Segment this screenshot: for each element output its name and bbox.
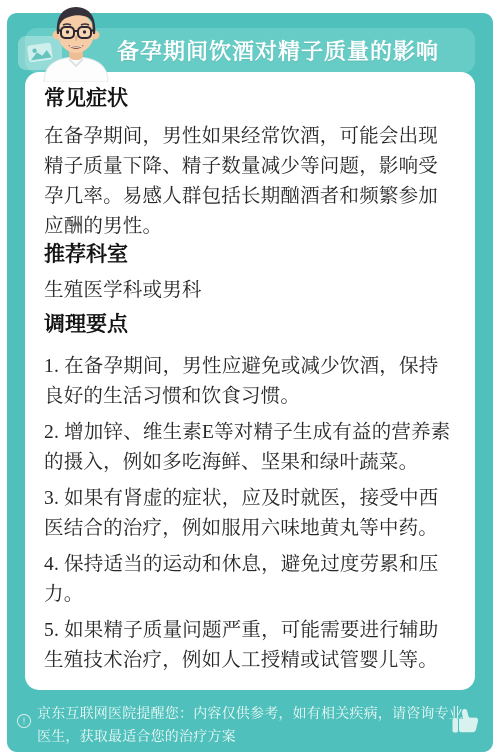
section-heading-care-points: 调理要点 — [44, 312, 456, 338]
care-point-1: 1. 在备孕期间，男性应避免或减少饮酒，保持良好的生活习惯和饮食习惯。 — [44, 352, 456, 412]
thumbs-up-icon[interactable] — [449, 705, 481, 739]
care-point-2: 2. 增加锌、维生素E等对精子生成有益的营养素的摄入，例如多吃海鲜、坚果和绿叶蔬… — [44, 418, 456, 478]
department-text: 生殖医学科或男科 — [44, 276, 456, 306]
care-point-4: 4. 保持适当的运动和休息，避免过度劳累和压力。 — [44, 550, 456, 610]
info-icon: ! — [17, 714, 31, 728]
teal-frame-panel: 备孕期间饮酒对精子质量的影响 — [7, 13, 493, 752]
section-heading-department: 推荐科室 — [44, 242, 456, 268]
page-title: 备孕期间饮酒对精子质量的影响 — [117, 35, 439, 66]
symptoms-paragraph: 在备孕期间，男性如果经常饮酒，可能会出现精子质量下降、精子数量减少等问题，影响受… — [44, 122, 456, 242]
disclaimer-footer: ! 京东互联网医院提醒您：内容仅供参考，如有相关疾病，请咨询专业医生，获取最适合… — [7, 697, 493, 752]
doctor-avatar-illustration — [30, 2, 122, 82]
disclaimer-text: 京东互联网医院提醒您：内容仅供参考，如有相关疾病，请咨询专业医生，获取最适合您的… — [37, 702, 463, 748]
doctor-avatar — [30, 2, 122, 82]
care-point-5: 5. 如果精子质量问题严重，可能需要进行辅助生殖技术治疗，例如人工授精或试管婴儿… — [44, 616, 456, 676]
section-heading-symptoms: 常见症状 — [44, 86, 456, 112]
content-card: 常见症状 在备孕期间，男性如果经常饮酒，可能会出现精子质量下降、精子数量减少等问… — [25, 72, 475, 690]
care-point-3: 3. 如果有肾虚的症状，应及时就医，接受中西医结合的治疗，例如服用六味地黄丸等中… — [44, 484, 456, 544]
health-card-page: 备孕期间饮酒对精子质量的影响 — [0, 0, 500, 756]
